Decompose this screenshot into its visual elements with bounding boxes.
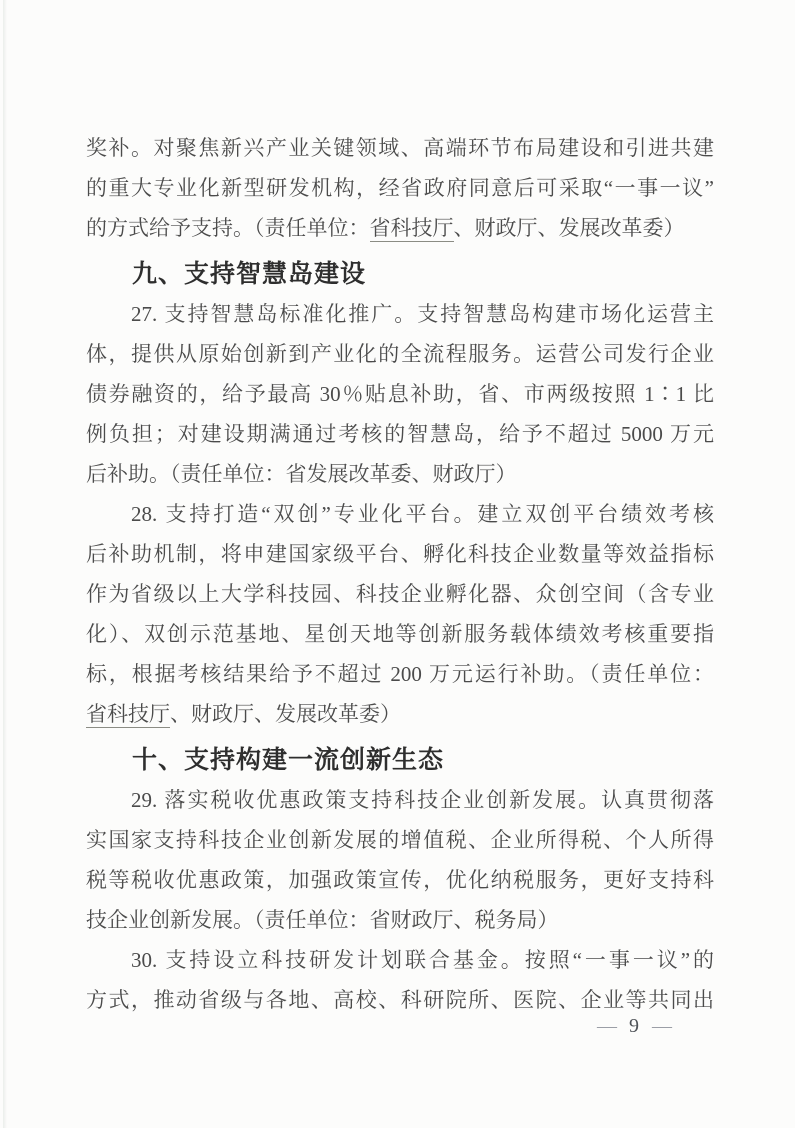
text-line: 奖补。对聚焦新兴产业关键领域、高端环节布局建设和引进共建 <box>86 128 714 168</box>
paragraph-29: 29. 落实税收优惠政策支持科技企业创新发展。认真贯彻落 实国家支持科技企业创新… <box>86 780 714 940</box>
document-body: 奖补。对聚焦新兴产业关键领域、高端环节布局建设和引进共建 的重大专业化新型研发机… <box>86 128 714 1020</box>
text-line: 30. 支持设立科技研发计划联合基金。按照“一事一议”的 <box>86 940 714 980</box>
section-heading-9: 九、支持智慧岛建设 <box>86 254 714 294</box>
page-number-dash: — <box>597 1012 616 1040</box>
text-segment: 的方式给予支持。（责任单位： <box>86 216 370 240</box>
section-heading-10: 十、支持构建一流创新生态 <box>86 740 714 780</box>
text-line: 作为省级以上大学科技园、科技企业孵化器、众创空间（含专业 <box>86 574 714 614</box>
text-line: 28. 支持打造“双创”专业化平台。建立双创平台绩效考核 <box>86 494 714 534</box>
text-line: 债券融资的，给予最高 30％贴息补助，省、市两级按照 1∶1 比 <box>86 374 714 414</box>
paragraph: 奖补。对聚焦新兴产业关键领域、高端环节布局建设和引进共建 的重大专业化新型研发机… <box>86 128 714 248</box>
text-line: 的重大专业化新型研发机构，经省政府同意后可采取“一事一议” <box>86 168 714 208</box>
text-line: 29. 落实税收优惠政策支持科技企业创新发展。认真贯彻落 <box>86 780 714 820</box>
text-line: 标，根据考核结果给予不超过 200 万元运行补助。（责任单位： <box>86 654 714 694</box>
page-number-dash: — <box>652 1012 671 1040</box>
text-line: 27. 支持智慧岛标准化推广。支持智慧岛构建市场化运营主 <box>86 294 714 334</box>
text-line: 技企业创新发展。（责任单位：省财政厅、税务局） <box>86 900 714 940</box>
text-segment: 、财政厅、发展改革委） <box>170 702 401 726</box>
text-line: 体，提供从原始创新到产业化的全流程服务。运营公司发行企业 <box>86 334 714 374</box>
page-number: — 9 — <box>597 1012 671 1040</box>
text-line: 的方式给予支持。（责任单位：省科技厅、财政厅、发展改革委） <box>86 208 714 248</box>
paragraph-27: 27. 支持智慧岛标准化推广。支持智慧岛构建市场化运营主 体，提供从原始创新到产… <box>86 294 714 494</box>
text-line: 省科技厅、财政厅、发展改革委） <box>86 694 714 734</box>
underlined-text: 省科技厅 <box>86 702 170 728</box>
page-number-value: 9 <box>629 1012 639 1040</box>
scan-edge-artifact <box>3 0 7 1128</box>
text-segment: 、财政厅、发展改革委） <box>454 216 685 240</box>
paragraph-30: 30. 支持设立科技研发计划联合基金。按照“一事一议”的 方式，推动省级与各地、… <box>86 940 714 1020</box>
document-page: 奖补。对聚焦新兴产业关键领域、高端环节布局建设和引进共建 的重大专业化新型研发机… <box>0 0 795 1128</box>
text-line: 后补助。（责任单位：省发展改革委、财政厅） <box>86 454 714 494</box>
underlined-text: 省科技厅 <box>370 216 454 242</box>
text-line: 实国家支持科技企业创新发展的增值税、企业所得税、个人所得 <box>86 820 714 860</box>
text-line: 化）、双创示范基地、星创天地等创新服务载体绩效考核重要指 <box>86 614 714 654</box>
text-line: 税等税收优惠政策，加强政策宣传，优化纳税服务，更好支持科 <box>86 860 714 900</box>
paragraph-28: 28. 支持打造“双创”专业化平台。建立双创平台绩效考核 后补助机制，将申建国家… <box>86 494 714 734</box>
text-line: 后补助机制，将申建国家级平台、孵化科技企业数量等效益指标 <box>86 534 714 574</box>
text-line: 例负担；对建设期满通过考核的智慧岛，给予不超过 5000 万元 <box>86 414 714 454</box>
